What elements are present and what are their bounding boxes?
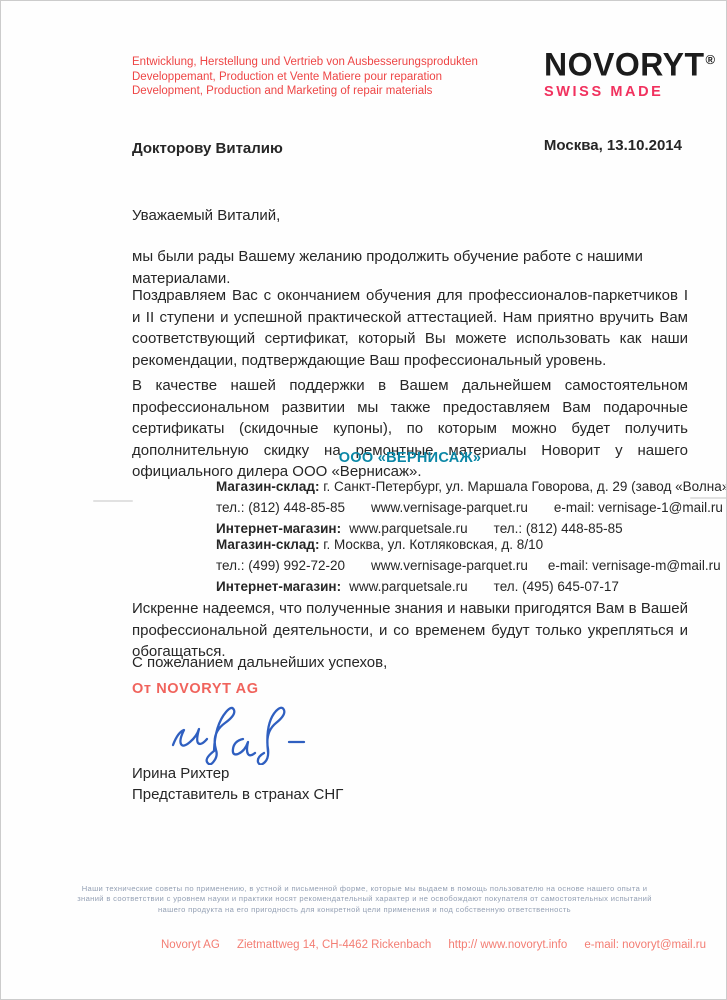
disclaimer-line: Наши технические советы по применению, в… [1,884,727,894]
registered-mark: ® [706,52,716,67]
swiss-made-label: SWISS MADE [544,84,709,100]
store-label: Магазин-склад: [216,479,319,494]
store-phone: тел.: (812) 448-85-85 [216,500,345,515]
dealer-location-spb: Магазин-склад: г. Санкт-Петербург, ул. М… [216,476,727,539]
store-website: www.vernisage-parquet.ru [371,500,528,515]
footer-website: http:// www.novoryt.info [448,939,567,951]
scan-artifact-streak [690,497,727,499]
disclaimer-line: нашего продукта на его пригодность для к… [1,905,727,915]
legal-disclaimer: Наши технические советы по применению, в… [1,884,727,915]
footer-email: e-mail: novoryt@mail.ru [584,939,706,951]
place-and-date: Москва, 13.10.2014 [544,137,682,154]
store-contacts-line: тел.: (499) 992-72-20www.vernisage-parqu… [216,555,721,576]
tagline-line-fr: Developpemant, Production et Vente Matie… [132,70,478,85]
store-phone: тел.: (499) 992-72-20 [216,558,345,573]
paragraph-support: В качестве нашей поддержки в Вашем дальн… [132,375,688,483]
brand-wordmark: NOVORYT® [544,43,709,82]
store-label: Магазин-склад: [216,537,319,552]
brand-text: NOVORYT [544,47,705,83]
tagline-line-de: Entwicklung, Herstellung und Vertrieb vo… [132,55,478,70]
store-website: www.vernisage-parquet.ru [371,558,528,573]
disclaimer-line: знаний в соответствии с уровнем науки и … [1,894,727,904]
tagline-line-en: Development, Production and Marketing of… [132,84,478,99]
scan-artifact-streak [93,500,133,502]
paragraph-congratulations: Поздравляем Вас с окончанием обучения дл… [132,285,688,371]
wishes-line: С пожеланием дальнейших успехов, [132,652,387,674]
online-shop-label: Интернет-магазин: [216,579,341,594]
dealer-location-moscow: Магазин-склад: г. Москва, ул. Котляковск… [216,534,721,597]
store-address-line: Магазин-склад: г. Москва, ул. Котляковск… [216,534,721,555]
dealer-heading: ООО «ВЕРНИСАЖ» [132,450,688,466]
online-shop-site: www.parquetsale.ru [349,579,468,594]
recipient-name: Докторову Виталию [132,140,283,157]
novoryt-logo: NOVORYT® SWISS MADE [544,43,709,100]
scanned-letter-page: Entwicklung, Herstellung und Vertrieb vo… [0,0,727,1000]
handwritten-signature [159,705,371,765]
store-address: г. Санкт-Петербург, ул. Маршала Говорова… [323,479,727,494]
store-contacts-line: тел.: (812) 448-85-85www.vernisage-parqu… [216,497,727,518]
company-tagline: Entwicklung, Herstellung und Vertrieb vo… [132,55,478,99]
signer-title: Представитель в странах СНГ [132,784,343,806]
store-email: e-mail: vernisage-m@mail.ru [548,558,721,573]
signer-name: Ирина Рихтер [132,763,229,785]
from-company-line: От NOVORYT AG [132,681,259,697]
footer-company: Novoryt AG [161,939,220,951]
footer-address: Zietmattweg 14, CH-4462 Rickenbach [237,939,431,951]
store-email: e-mail: vernisage-1@mail.ru [554,500,723,515]
store-address-line: Магазин-склад: г. Санкт-Петербург, ул. М… [216,476,727,497]
footer-contacts: Novoryt AG Zietmattweg 14, CH-4462 Ricke… [161,939,706,951]
store-address: г. Москва, ул. Котляковская, д. 8/10 [323,537,543,552]
salutation: Уважаемый Виталий, [132,205,280,227]
online-shop-line: Интернет-магазин:www.parquetsale.ruтел. … [216,576,721,597]
paragraph-intro: мы были рады Вашему желанию продолжить о… [132,246,688,289]
online-shop-phone: тел. (495) 645-07-17 [494,579,619,594]
